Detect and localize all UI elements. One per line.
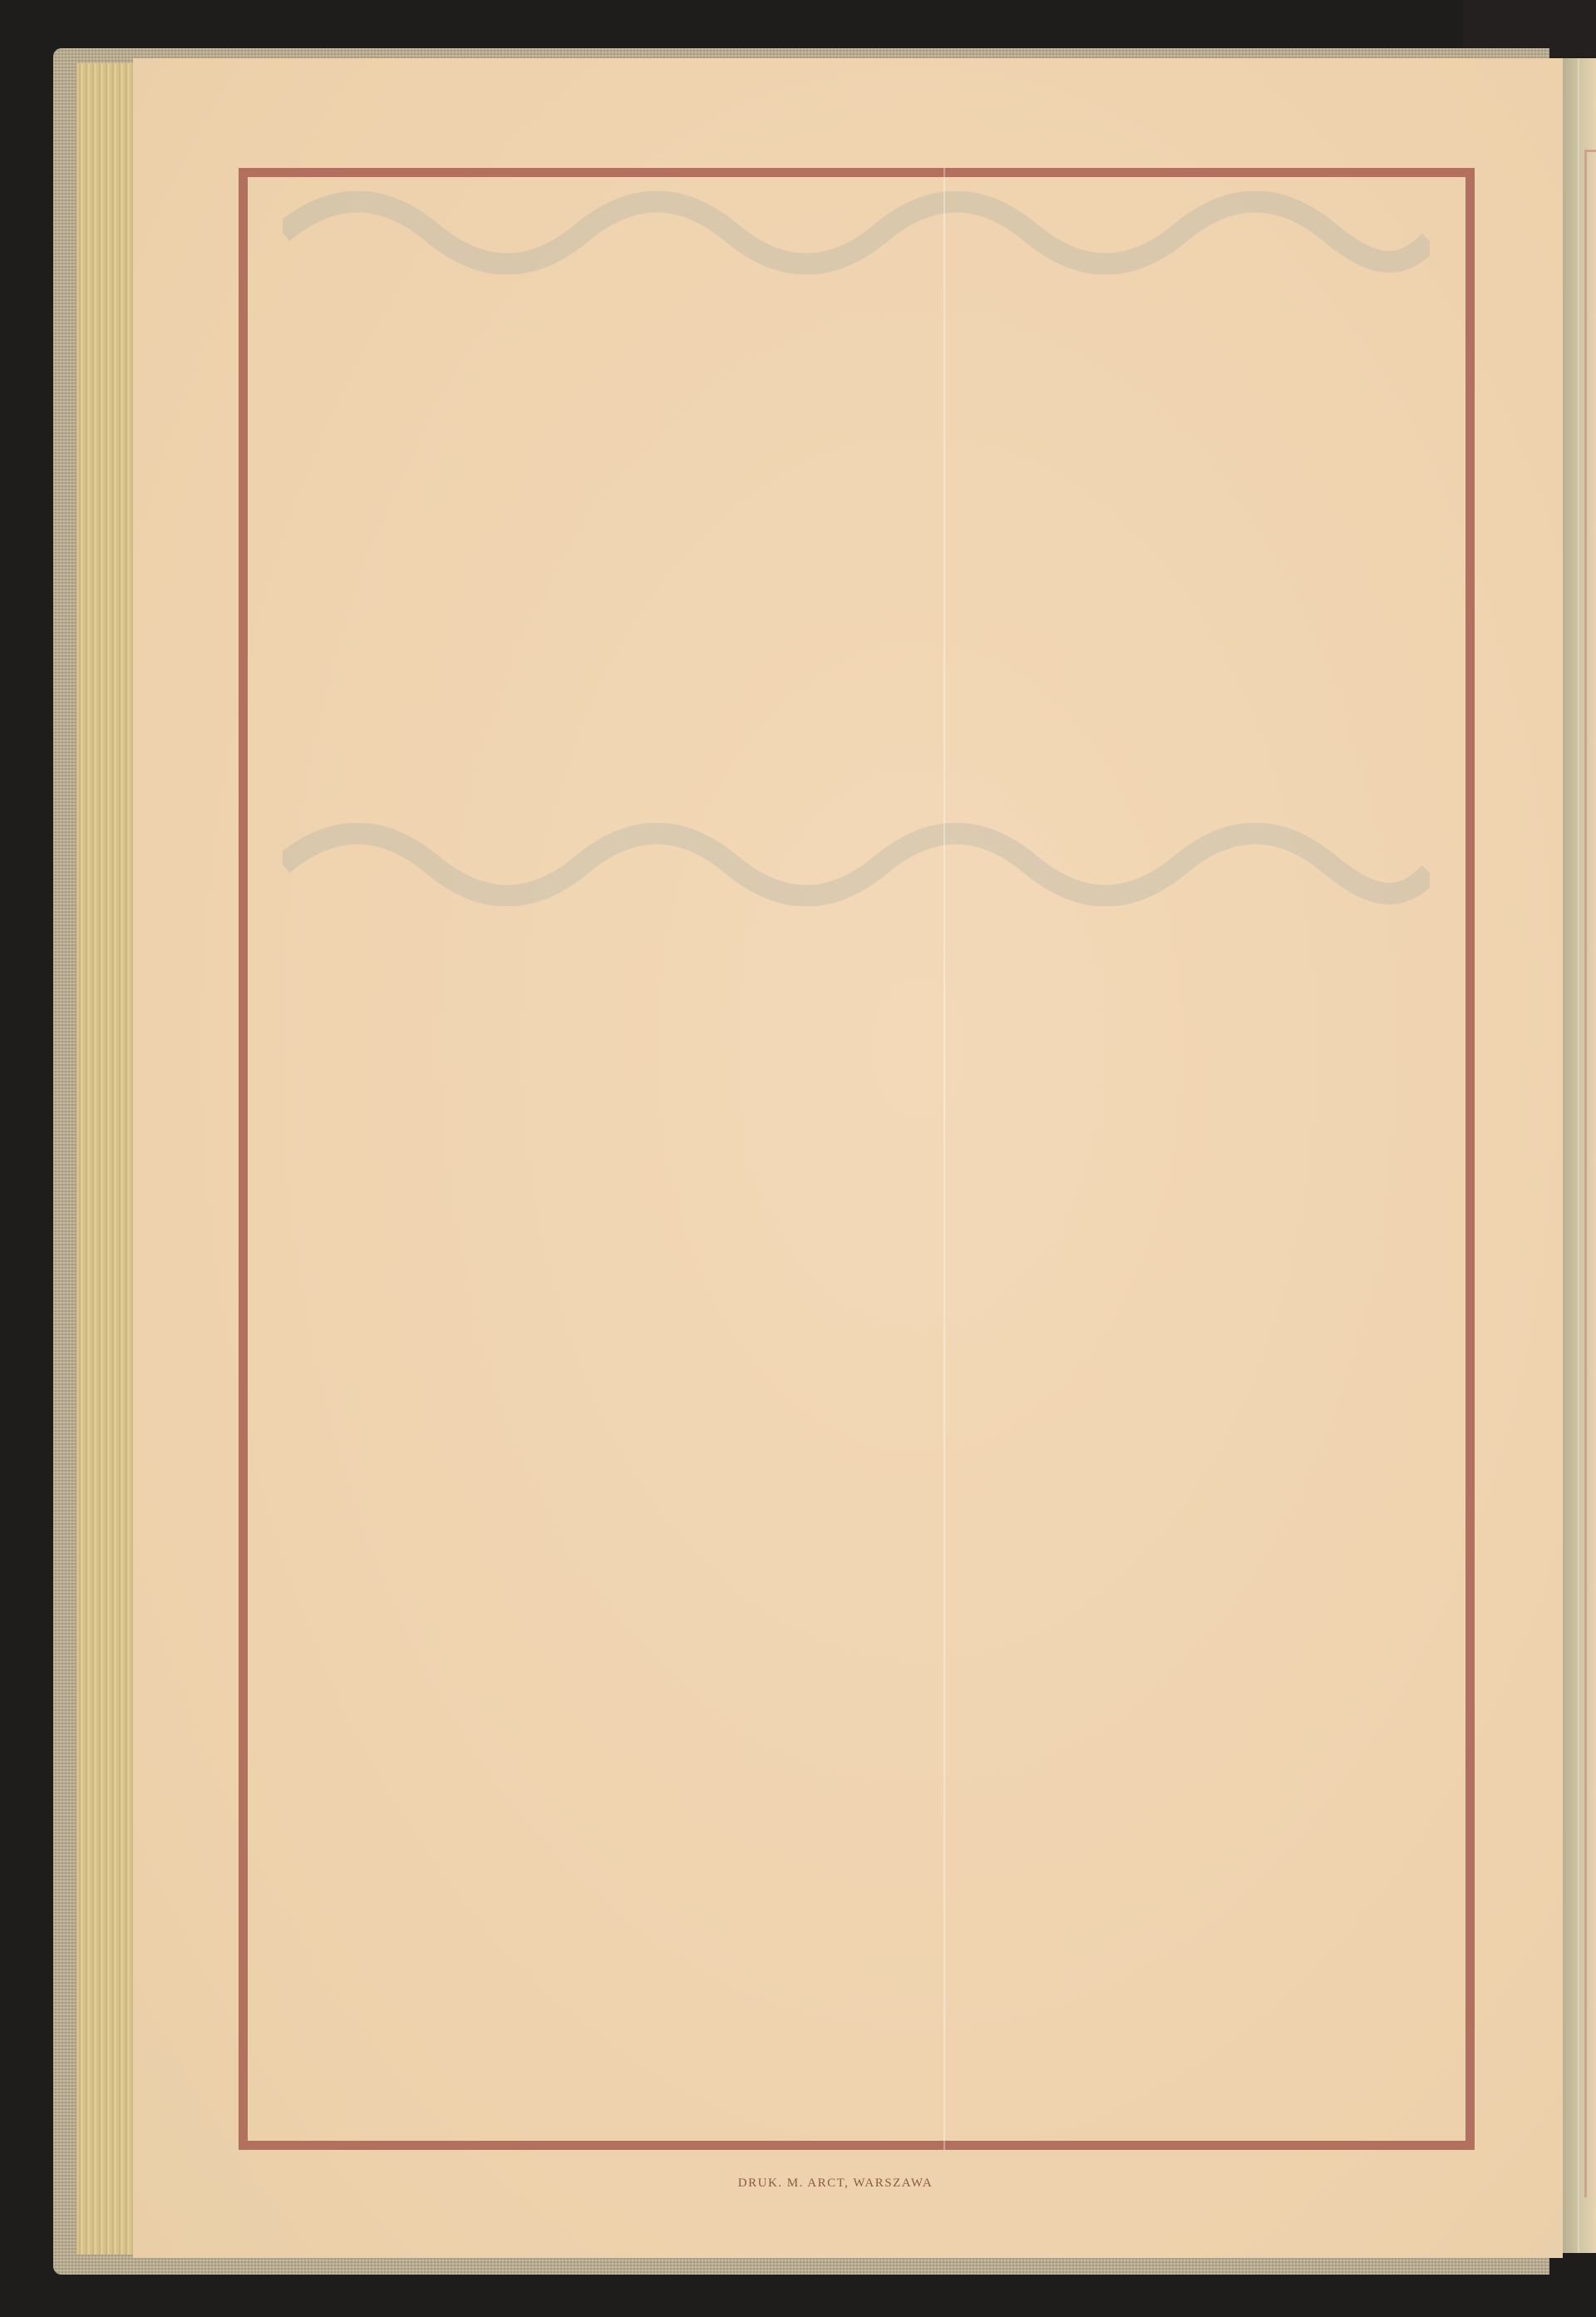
facing-page-edge	[1563, 58, 1596, 2253]
page-edges	[76, 63, 135, 2255]
facing-page-frame-fragment	[1584, 150, 1596, 2197]
printer-imprint: DRUK. M. ARCT, WARSZAWA	[0, 2177, 1596, 2191]
imprint-text: DRUK. M. ARCT, WARSZAWA	[738, 2177, 933, 2190]
page-fold-crease	[943, 168, 945, 2150]
gutter-line	[1578, 58, 1579, 2253]
page-border-frame	[239, 168, 1475, 2150]
